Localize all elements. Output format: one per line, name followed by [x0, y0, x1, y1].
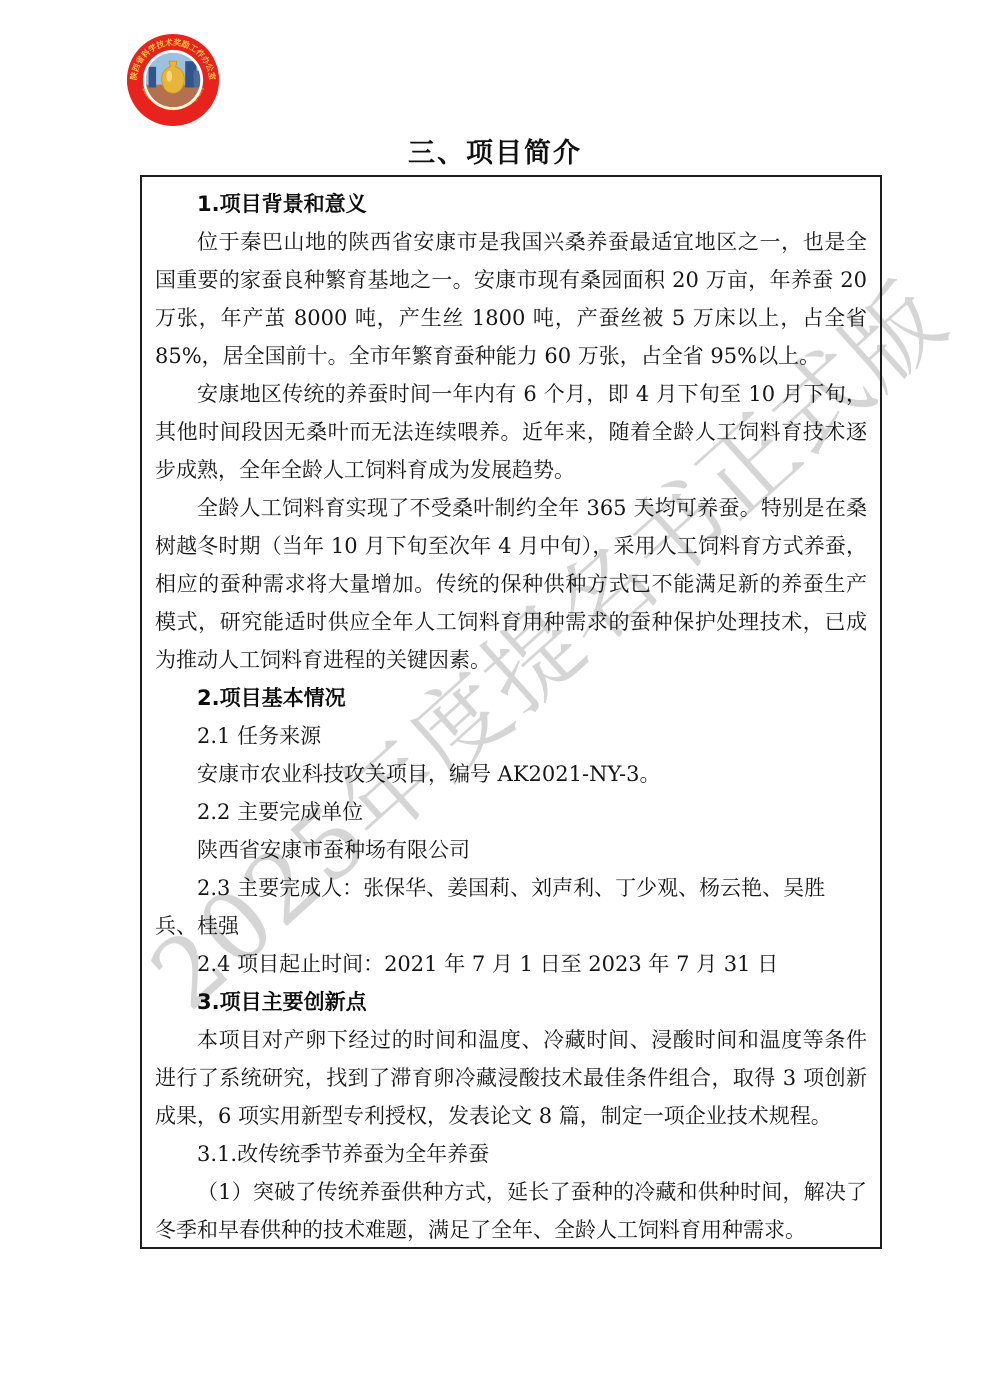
organization-seal-logo: 陕西省科学技术奖励工作办公室 Shaanxi Office Of Science…: [126, 33, 220, 127]
seal-icon: 陕西省科学技术奖励工作办公室 Shaanxi Office Of Science…: [126, 33, 220, 127]
sub-item-line: 2.3 主要完成人：张保华、姜国莉、刘声利、丁少观、杨云艳、吴胜兵、桂强: [155, 869, 867, 945]
body-paragraph: 本项目对产卵下经过的时间和温度、冷藏时间、浸酸时间和温度等条件进行了系统研究，找…: [155, 1021, 867, 1135]
section-heading: 2.项目基本情况: [155, 679, 867, 717]
sub-item-line: 2.4 项目起止时间：2021 年 7 月 1 日至 2023 年 7 月 31…: [155, 945, 867, 983]
sub-item-line: 2.2 主要完成单位: [155, 793, 867, 831]
sub-item-line: 陕西省安康市蚕种场有限公司: [155, 831, 867, 869]
sub-item-line: 2.1 任务来源: [155, 717, 867, 755]
section-heading: 3.项目主要创新点: [155, 983, 867, 1021]
body-paragraph: 全龄人工饲料育实现了不受桑叶制约全年 365 天均可养蚕。特别是在桑树越冬时期（…: [155, 489, 867, 679]
sub-item-line: 3.1.改传统季节养蚕为全年养蚕: [155, 1135, 867, 1173]
sub-item-line: 安康市农业科技攻关项目，编号 AK2021-NY-3。: [155, 755, 867, 793]
section-heading: 1.项目背景和意义: [155, 185, 867, 223]
page-title: 三、项目简介: [0, 131, 990, 170]
body-paragraph: 安康地区传统的养蚕时间一年内有 6 个月，即 4 月下旬至 10 月下旬，其他时…: [155, 375, 867, 489]
content-box: 1.项目背景和意义位于秦巴山地的陕西省安康市是我国兴桑养蚕最适宜地区之一，也是全…: [140, 175, 882, 1249]
body-paragraph: 位于秦巴山地的陕西省安康市是我国兴桑养蚕最适宜地区之一，也是全国重要的家蚕良种繁…: [155, 223, 867, 375]
body-paragraph: （1）突破了传统养蚕供种方式，延长了蚕种的冷藏和供种时间，解决了冬季和早春供种的…: [155, 1173, 867, 1249]
